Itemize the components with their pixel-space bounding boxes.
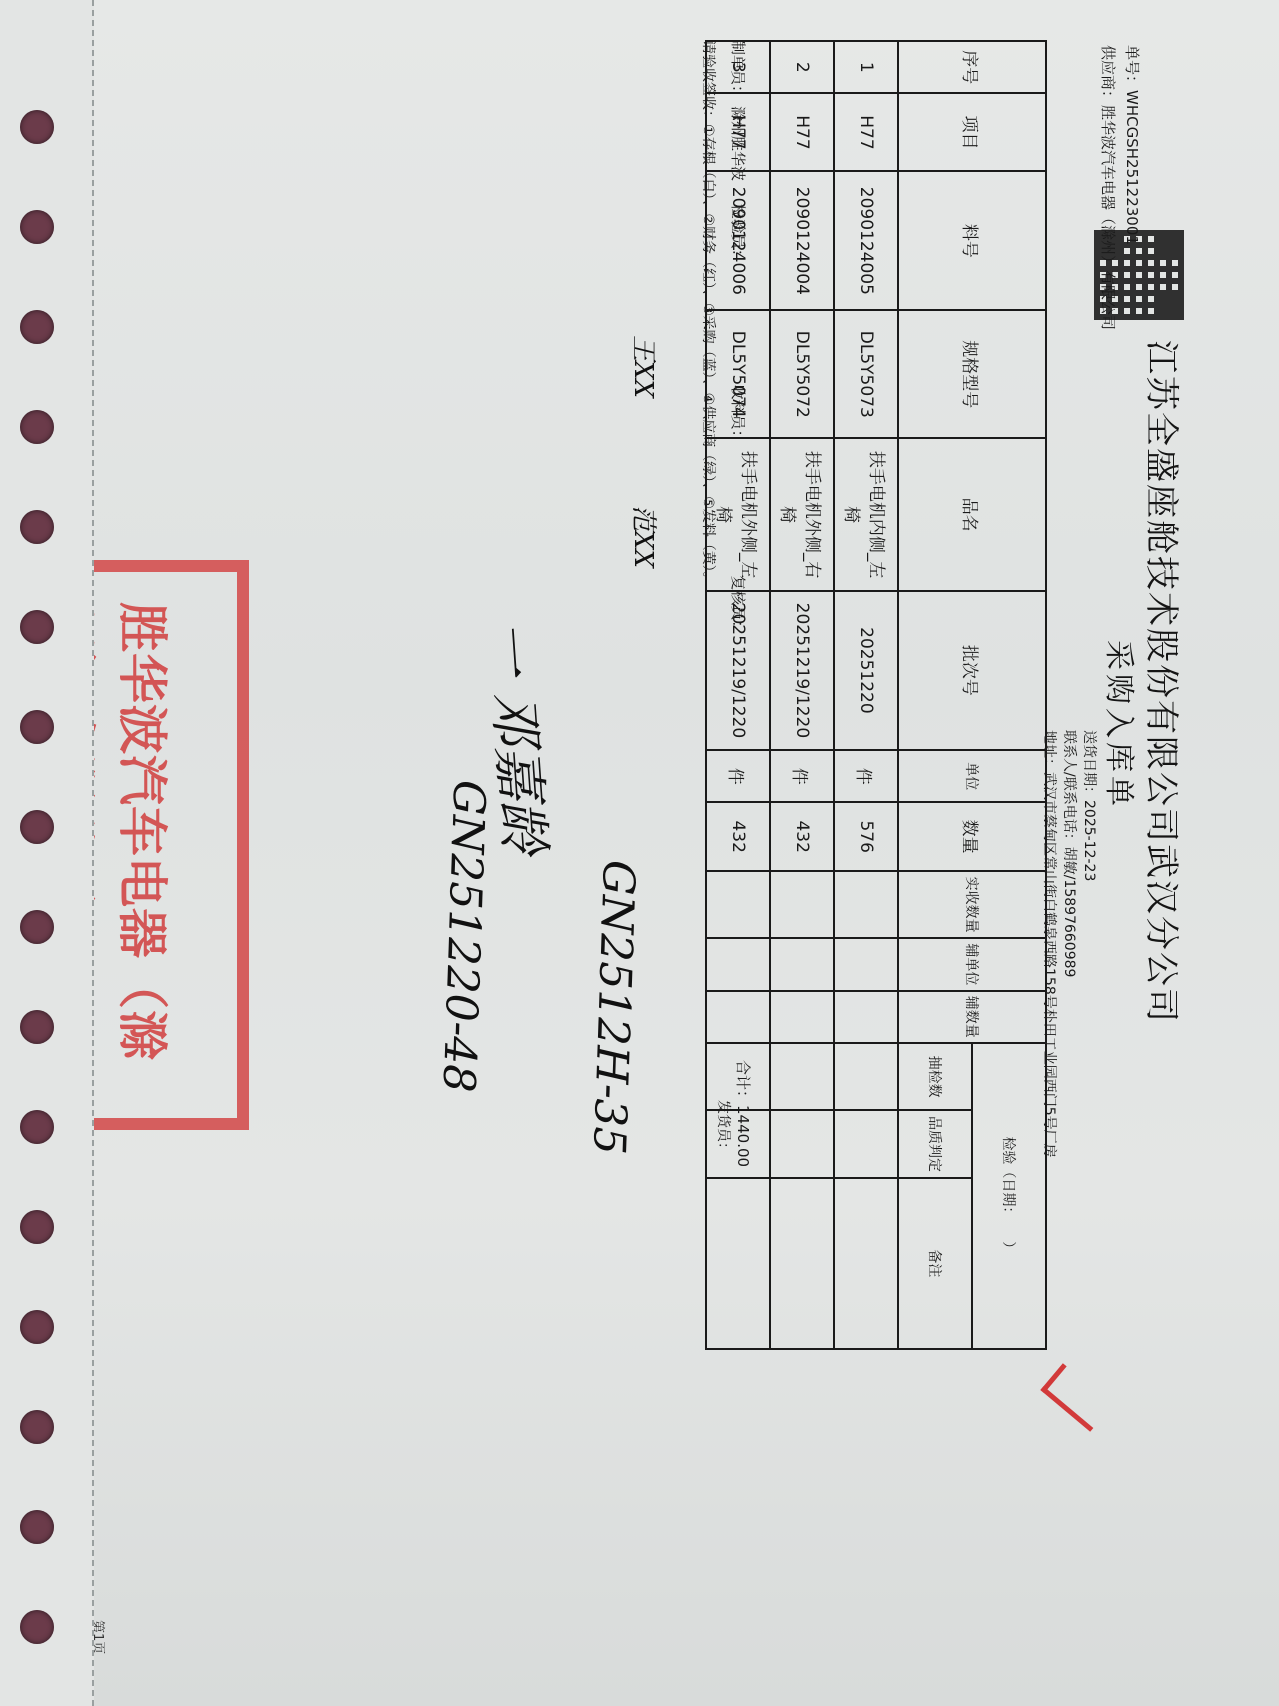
cell-unit: 件 (706, 750, 770, 802)
contact-value: 胡敏/15897660989 (1061, 847, 1077, 978)
cell-name: 扶手电机内侧_左椅 (834, 438, 898, 590)
col-inspection-group: 检验（日期： ） (972, 1043, 1046, 1349)
perforation-hole-icon (20, 610, 54, 644)
col-quality-judgement: 品质判定 (898, 1110, 972, 1177)
supplier-label: 供应商： (1099, 45, 1117, 105)
cell-batch: 20251219/1220 (770, 591, 834, 750)
deliverer-label: 发货员： (714, 1100, 734, 1156)
cell-name: 扶手电机外侧_右椅 (770, 438, 834, 590)
cell-sample-qty (834, 1043, 898, 1110)
col-part-no: 料号 (898, 171, 1046, 310)
cell-remarks (706, 1178, 770, 1349)
supplier: 供应商：胜华波汽车电器（滁州）有限公司 (1096, 45, 1120, 330)
handwritten-batch-note-1: GN2512H-35 (583, 859, 644, 1155)
contact: 联系人/联系电话：胡敏/15897660989 (1059, 730, 1079, 1158)
col-qty: 数量 (898, 802, 1046, 870)
cell-received-qty (834, 871, 898, 938)
cell-aux-qty (834, 991, 898, 1043)
cell-batch: 20251220 (834, 591, 898, 750)
cell-unit: 件 (770, 750, 834, 802)
perforation-hole-icon (20, 1510, 54, 1544)
document-meta-left: 单号：WHCGSH251223001 供应商：胜华波汽车电器（滁州）有限公司 (1096, 45, 1144, 330)
perforation-hole-icon (20, 1210, 54, 1244)
maker-label: 制单员： (729, 40, 747, 100)
perforated-edge (0, 0, 94, 1706)
cell-qty: 432 (770, 802, 834, 870)
maker-value: 滁州胜华波 (729, 106, 747, 181)
col-project: 项目 (898, 93, 1046, 171)
col-remarks: 备注 (898, 1178, 972, 1349)
purchase-receipt-document: 第1页 江苏全盛座舱技术股份有限公司武汉分公司 采购入库单 单号：WHCGSH2… (0, 0, 1279, 1706)
contact-label: 联系人/联系电话： (1061, 730, 1077, 847)
col-name: 品名 (898, 438, 1046, 590)
signature-row: 制单员：滁州胜华波 检验员： 收料员： 复核员： (728, 40, 749, 641)
perforation-hole-icon (20, 210, 54, 244)
order-number-label: 单号： (1123, 45, 1141, 90)
cell-aux-qty (770, 991, 834, 1043)
items-table: 序号 项目 料号 规格型号 品名 批次号 单位 数量 实收数量 辅单位 辅数量 … (705, 40, 1047, 1350)
copies-instructions: 请验收签收：①存根（白）、②财务（红）、③采购（蓝）、④供应商（绿）、⑤发料（黄… (699, 40, 719, 586)
cell-remarks (770, 1178, 834, 1349)
col-aux-unit: 辅单位 (898, 938, 1046, 990)
total-label: 合计： (734, 1060, 752, 1105)
total-value: 1440.00 (734, 1105, 752, 1167)
perforation-hole-icon (20, 1310, 54, 1344)
perforation-hole-icon (20, 310, 54, 344)
cell-part-no: 2090124005 (834, 171, 898, 310)
document-meta-right: 送货日期：2025-12-23 联系人/联系电话：胡敏/15897660989 … (1039, 730, 1099, 1158)
col-sample-qty: 抽检数 (898, 1043, 972, 1110)
order-number: 单号：WHCGSH251223001 (1120, 45, 1144, 330)
delivery-date-label: 送货日期： (1081, 730, 1097, 800)
col-unit: 单位 (898, 750, 1046, 802)
perforation-hole-icon (20, 410, 54, 444)
inspector-signature: 王XX (627, 335, 664, 398)
col-received-qty: 实收数量 (898, 871, 1046, 938)
cell-received-qty (706, 871, 770, 938)
perforation-hole-icon (20, 510, 54, 544)
company-title: 江苏全盛座舱技术股份有限公司武汉分公司 (1140, 340, 1189, 1024)
receiver-label: 收料员： (729, 385, 747, 445)
cell-sample-qty (770, 1043, 834, 1110)
supplier-value: 胜华波汽车电器（滁州）有限公司 (1099, 105, 1117, 330)
cell-spec: DL5Y5073 (834, 310, 898, 438)
delivery-date-value: 2025-12-23 (1081, 800, 1097, 881)
total: 合计：1440.00 (733, 1060, 754, 1167)
col-batch: 批次号 (898, 591, 1046, 750)
cell-seq: 2 (770, 41, 834, 93)
table-header-row: 序号 项目 料号 规格型号 品名 批次号 单位 数量 实收数量 辅单位 辅数量 … (972, 41, 1046, 1349)
perforation-hole-icon (20, 1410, 54, 1444)
cell-project: H77 (834, 93, 898, 171)
cell-aux-qty (706, 991, 770, 1043)
cell-project: H77 (770, 93, 834, 171)
cell-received-qty (770, 871, 834, 938)
table-row: 1 H77 2090124005 DL5Y5073 扶手电机内侧_左椅 2025… (834, 41, 898, 1349)
form-title: 采购入库单 (1100, 640, 1144, 810)
cell-part-no: 2090124004 (770, 171, 834, 310)
perforation-hole-icon (20, 710, 54, 744)
cell-aux-unit (834, 938, 898, 990)
cell-spec: DL5Y5072 (770, 310, 834, 438)
col-aux-qty: 辅数量 (898, 991, 1046, 1043)
order-number-value: WHCGSH251223001 (1123, 90, 1141, 245)
red-checkmark-icon (1040, 1363, 1112, 1432)
delivery-date: 送货日期：2025-12-23 (1079, 730, 1099, 1158)
col-spec: 规格型号 (898, 310, 1046, 438)
col-seq: 序号 (898, 41, 1046, 93)
perforation-hole-icon (20, 910, 54, 944)
cell-remarks (834, 1178, 898, 1349)
reviewer-label: 复核员： (729, 575, 747, 635)
cell-quality-judgement (834, 1110, 898, 1177)
inspector-label: 检验员： (729, 204, 747, 264)
perforation-hole-icon (20, 110, 54, 144)
perforation-hole-icon (20, 1110, 54, 1144)
perforation-hole-icon (20, 1610, 54, 1644)
handwritten-batch-note-2: GN251220-48 (433, 779, 495, 1093)
receiver-signature: 范XX (627, 505, 664, 568)
cell-aux-unit (706, 938, 770, 990)
perforation-hole-icon (20, 1010, 54, 1044)
cell-seq: 1 (834, 41, 898, 93)
cell-aux-unit (770, 938, 834, 990)
table-row: 2 H77 2090124004 DL5Y5072 扶手电机外侧_右椅 2025… (770, 41, 834, 1349)
cell-quality-judgement (770, 1110, 834, 1177)
cell-unit: 件 (834, 750, 898, 802)
cell-qty: 432 (706, 802, 770, 870)
perforation-hole-icon (20, 810, 54, 844)
cell-qty: 576 (834, 802, 898, 870)
